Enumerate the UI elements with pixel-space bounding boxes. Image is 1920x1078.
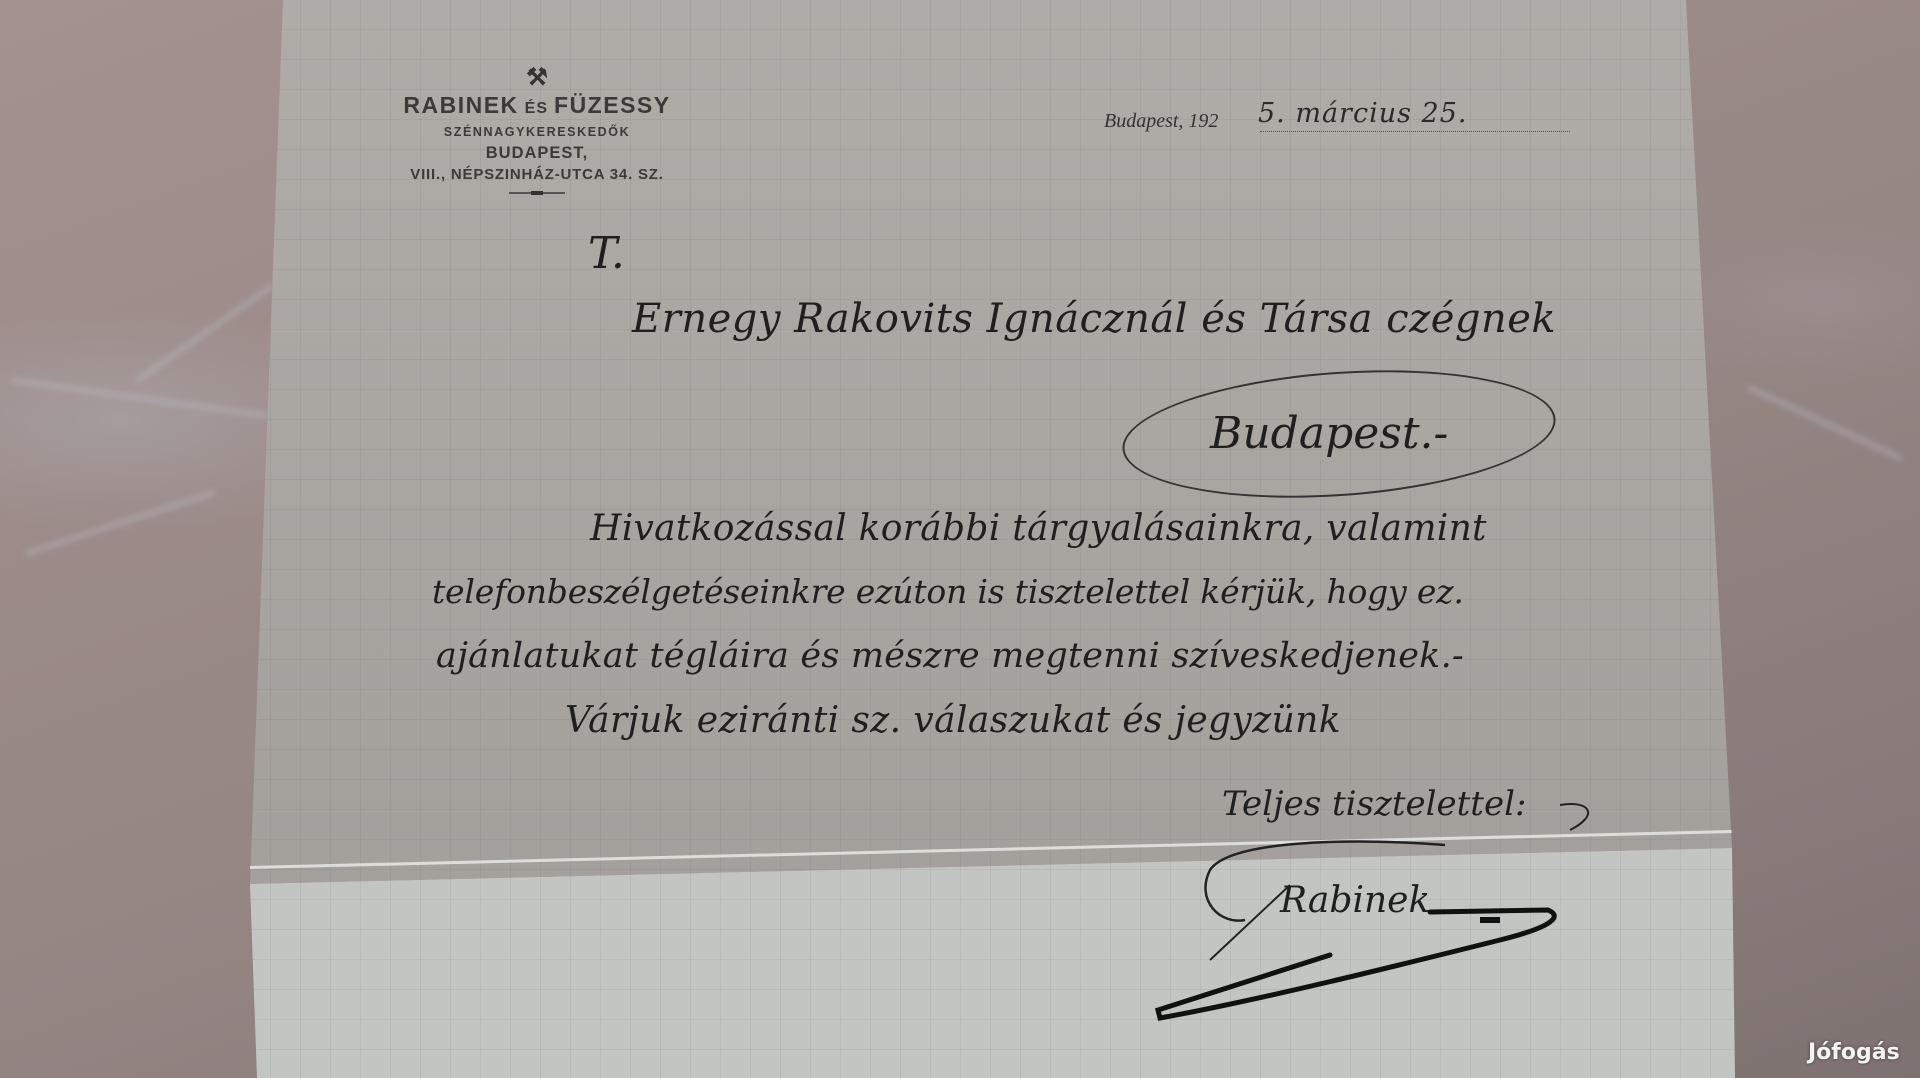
crossed-hammers-icon: ⚒	[372, 66, 702, 90]
dateline: Budapest, 192 5. március 25.	[1104, 104, 1574, 136]
date-handwritten: 5. március 25.	[1258, 98, 1467, 129]
letterhead: ⚒ RABINEKÉSFÜZESSY SZÉNNAGYKERESKEDŐK BU…	[372, 66, 702, 194]
jofogas-watermark: Jófogás	[1808, 1040, 1900, 1065]
salutation-prefix: T.	[588, 228, 625, 279]
marble-vein	[24, 489, 216, 557]
company-name-part2: FÜZESSY	[554, 92, 671, 118]
body-line-4: Várjuk eziránti sz. válaszukat és jegyzü…	[565, 700, 1341, 741]
marble-vein	[11, 377, 269, 419]
closing-text: Teljes tisztelettel:	[1222, 784, 1526, 824]
date-printed: Budapest, 192	[1104, 110, 1218, 133]
company-city: BUDAPEST,	[372, 144, 702, 163]
company-trade: SZÉNNAGYKERESKEDŐK	[372, 125, 702, 139]
recipient-city: Budapest.-	[1210, 408, 1448, 459]
body-line-3: ajánlatukat tégláira és mészre megtenni …	[436, 636, 1464, 676]
body-line-1: Hivatkozással korábbi tárgyalásainkra, v…	[590, 508, 1487, 549]
recipient-line: Ernegy Rakovits Ignácznál és Társa czégn…	[632, 296, 1556, 342]
company-name-part1: RABINEK	[403, 92, 518, 118]
body-line-2: telefonbeszélgetéseinkre ezúton is tiszt…	[432, 572, 1464, 611]
company-name: RABINEKÉSFÜZESSY	[372, 92, 702, 119]
date-dotted-line	[1260, 131, 1570, 132]
signature: Rabinek	[1280, 880, 1430, 921]
letterhead-rule	[509, 192, 565, 194]
marble-vein	[1747, 384, 1904, 461]
company-address: VIII., NÉPSZINHÁZ-UTCA 34. SZ.	[372, 166, 702, 183]
marble-vein	[134, 282, 277, 384]
company-name-conjunction: ÉS	[525, 100, 548, 117]
